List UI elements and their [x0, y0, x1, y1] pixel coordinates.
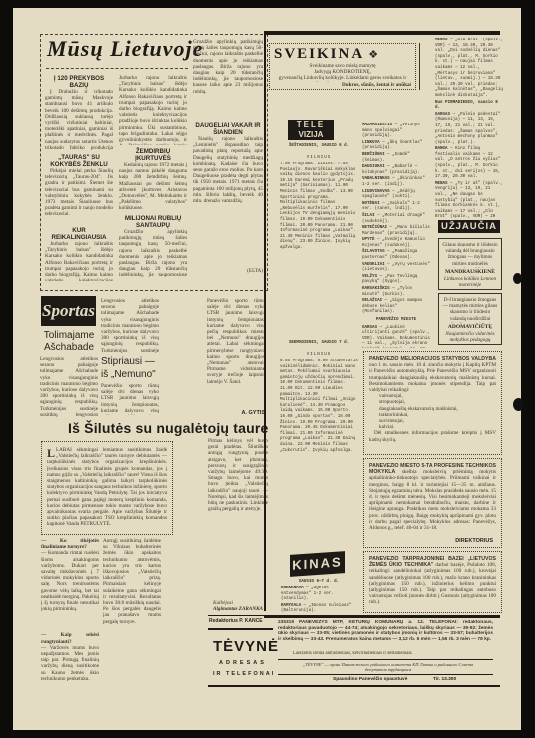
editor-label: Redaktorius [209, 618, 238, 624]
ad-body: skelbia moksleivių priėmimą mokytis apda… [369, 469, 496, 531]
cinema-town: MENAS [435, 182, 448, 186]
cinema-listing: RAMYGALA — „Imonas nuleiaus" (Balterunij… [281, 604, 359, 614]
silute-col-3: Pirmas kėlinys vėl buvo geral pradėtas. … [208, 438, 268, 598]
interview-answer: — Komanda rimtai ruošėsi šioms atsakingo… [41, 550, 99, 630]
tv-station: VILNIUS [281, 353, 357, 359]
divider [278, 674, 493, 675]
footer-circulation: Tir. 13.300 [433, 677, 456, 682]
condolence-body: D-I brangiausio žmogaus — mamytės mirtie… [442, 297, 498, 323]
ad-list: vairuotojai, stropuotojai, daugiakaušių … [379, 393, 496, 430]
cinema-film: — „Paleis pedestai" (Rumunija) — 11, 13,… [435, 113, 500, 145]
cinema-listing: LIUDVINAVAS — „Sėdėjų spaglausės" (sukti… [362, 190, 430, 201]
article-body: Panevėžio sporto rūmų salėje dvi dienas … [101, 383, 159, 415]
silute-lead: L LABAI sėkmingai lemiamus susitikimus ž… [47, 447, 167, 529]
kinas-date: SAUSIO 6—7 d. d. [281, 580, 357, 586]
article-body: Kedainių rajono 1972 metais į naujus nam… [119, 162, 187, 212]
article-heading: Stipriausi — iš „Nemuno" [101, 355, 161, 381]
ad-footer: Dėl smulkesnės informacijos prašome krei… [369, 430, 496, 442]
cinema-town: LIUDVINAVAS [362, 190, 390, 194]
cinema-listing: LINKUVA — „Ūkų šeantlas" (prasidiją). [362, 141, 430, 152]
lietuvoje-col-3: Gruzdžio apylinkių patikimųjų mūsų šalie… [193, 39, 263, 285]
editor-name: P. KANCE [239, 618, 262, 624]
cinema-town: RAMYGALA [281, 604, 301, 608]
cinema-town: GELAŽIAI [362, 299, 382, 303]
sportas-logo-text: Sportas [42, 301, 95, 320]
article-heading: Tolimajame Ašchabade [41, 330, 97, 354]
cinema-town: MAŽAMSIESTIS [362, 123, 392, 127]
top-rule [264, 31, 500, 35]
condolence-from: Linkuvos kolūkio Lennon moterinėje [442, 276, 498, 288]
article-body: Jurbarko rajono laikraštis „Tarybinis ba… [45, 241, 113, 281]
cinema-listing: VABALNINKAS — „Ūkininkas" 1-2 ser. (indi… [362, 177, 430, 188]
article-body: Šiaulių rajono laikraštis „Leninietis" i… [193, 136, 263, 266]
lietuvoje-col-2: Jurbarko rajono laikraštis „Tarybinis ba… [119, 75, 187, 285]
tv-program-day1: 7.50 Programa. Žinios. 7.55 Pusiaujo. Bu… [280, 162, 358, 340]
silute-col-1: — Ko tikėjotės finaliniame turnyre? — Ko… [41, 538, 99, 698]
cinema-town: KARSAKIŠKIS [362, 287, 390, 291]
tevyne-title: TĖVYNĖ [213, 638, 279, 655]
cinema-town: MENAS [435, 38, 448, 42]
article-body: Į Drabužiu ir trikotado gamintų mūsų Mas… [45, 89, 113, 151]
cinema-town: VABALNINKAS [362, 177, 390, 181]
ad-box: PANEVĖŽIO TARPRAJONINEI BAZEI „LIETUVOS … [363, 551, 502, 613]
footer-rule [264, 615, 500, 618]
section-title: Mūsų Lietuvoje [47, 36, 203, 62]
cinema-listing: MENAS — „Ty ir aš" (spalv., Vengrija) — … [435, 182, 505, 218]
silute-lead-box: L LABAI sėkmingai lemiamus susitikimus ž… [41, 441, 173, 535]
cinema-town: UPYTĖ [362, 238, 375, 242]
footer-rule-bottom [264, 685, 500, 687]
cinema-town: VELŽYS [362, 275, 377, 279]
cinema-listing: DAUGIUKAI — „Babarlė — kolūkynas" (prasi… [362, 165, 430, 176]
cinema-town: LINKUVA [362, 141, 380, 145]
cinema-listing: GARSAS — „Paleis pedestai" (Rumunija) — … [435, 113, 505, 147]
cinema-listing: VELŽYS — „Pas Tevlingą pavyką" (Sygos). [362, 275, 430, 286]
cinema-listing: KREKENAVA — „Ugelas entvendymas" 1-2 ser… [281, 586, 359, 603]
cinema-town: GARSAS [362, 326, 377, 330]
ad-body: nuo 1 m. sausio mėn. 10 d. siunčia mokyt… [369, 362, 496, 393]
drop-cap: L [47, 447, 55, 459]
binding-hole [513, 398, 524, 411]
tv-day-heading: ŠEŠTADIENIS, SAUSIO 6 d. [281, 144, 357, 150]
ad-content: PANEVĖŽIO MIESTO 5-TA PROFESINĖ TECHNIKO… [369, 463, 496, 535]
condolence-box: Gilaus skausmo ir liūdesio valandą dėl b… [438, 238, 502, 290]
article-body-cont: Panevėžio sporto rūmų salėje dvi dienas … [207, 298, 265, 408]
ad-content: PANEVĖŽIO MELIORACIJOS STATYBOS VALDYBA … [369, 356, 496, 452]
tv-program-day2: 8.55 Programa. 9.00 Studentaris vaikinėl… [280, 359, 358, 543]
sveikina-title: SVEIKINA [274, 46, 364, 62]
sportas-logo: Sportas [41, 296, 96, 326]
footer-schedule: Laikraštis išeina antradieniais, ketvirt… [293, 651, 493, 657]
condolence-name: MANDRAUSKIENĖ [441, 269, 499, 275]
logo-bottom: VIZIJA [288, 130, 334, 140]
article-heading: MILIJONAI RUBLIŲ SANTAUPŲ [119, 215, 187, 229]
cinema-listing: VADOKLIAI — „Vyrų vestuvės" (Lietuvos). [362, 263, 430, 274]
cinema-listing: NOTĖNAI — „Vaikalo" 1-2 ser. (sanes, lnd… [362, 202, 430, 213]
kinas-logo: KINAS [290, 551, 345, 577]
silute-headline: Iš Šilutės su nugalėtojų taure [68, 420, 273, 436]
cinema-town: GARSAS [435, 113, 450, 117]
newspaper-page: Mūsų Lietuvoje Į 120 PREKYBOS BAZIŲ Į Dr… [13, 8, 521, 730]
tv-station: VILNIUS [281, 156, 357, 162]
tevyne-line2: IR TELEFONAI [213, 671, 275, 677]
cinema-listing: MAŽAMSIESTIS — „Vėlinys mano spalvingai"… [362, 123, 430, 140]
article-heading: ŽEMDIRBIŲ ĮKURTUVĖS [119, 148, 187, 162]
ornament-icon: ❖ [368, 49, 378, 61]
interview-answer: — Varžovės mums buvo nepažįstamos. Mes j… [41, 645, 99, 693]
condolence-from: Naujamiesčio vidurinės mokyklos pedagogų… [442, 331, 498, 343]
article-heading: KUR REIKALINGIAUSIA [45, 227, 113, 241]
tevyne-line1: ADRESAS [219, 660, 267, 666]
article-body-cont: Jurbarko rajono laikraštis „Tarybinis ba… [119, 75, 187, 145]
ad-content: PANEVĖŽIO TARPRAJONINEI BAZEI „LIETUVOS … [369, 556, 496, 610]
source-note: (ELTA) [193, 268, 263, 274]
interview-question: — Ko tikėjotės finaliniame turnyre? [41, 538, 99, 550]
lietuvoje-col-1: Į 120 PREKYBOS BAZIŲ Į Drabužiu ir triko… [45, 75, 113, 285]
greeting-signature: Dukros, sūnūs, žentai ir anūkai [274, 82, 411, 88]
article-body: Lengvosios atletikos sezono pabaigoje to… [40, 356, 98, 418]
ad-box: PANEVĖŽIO MIESTO 5-TA PROFESINĖ TECHNIKO… [363, 458, 502, 548]
sveikina-title-row: SVEIKINA ❖ [274, 45, 412, 63]
article-heading: Į 120 PREKYBOS BAZIŲ [45, 75, 113, 89]
cinema-town: BERČIŪNAI [362, 153, 385, 157]
kinas-listings: KREKENAVA — „Ugelas entvendymas" 1-2 ser… [281, 586, 359, 614]
cinema-section-heading: PANEVĖŽIO MIESTE [362, 318, 430, 324]
cinema-listing: ŠILAVOTAS — „Pamažinga pasternas" (Odesa… [362, 250, 430, 261]
article-body: Pirkėjai mielai perka Šiaulių televizori… [45, 168, 113, 224]
article-heading: DAUGELIAI VAKAR IR ŠIANDIEN [193, 122, 263, 136]
divider [208, 628, 273, 630]
ad-body: darbui bazėje, Pušaloto 108, reikalingi:… [369, 562, 496, 605]
cinema-town: BANGA [435, 147, 448, 151]
cinema-listing: BERČIŪNAI — „Somdė" (šeimas). [362, 153, 430, 164]
title-underline [46, 68, 188, 71]
article-body-cont: Gruzdžio apylinkių patikimųjų mūsų šalie… [193, 39, 263, 119]
sveikina-box: SVEIKINA ❖ Sveikiname savo mielą mamytę … [269, 43, 416, 90]
footer-organ: „TĖVYNĖ" — орган Паневежского районного … [298, 662, 478, 673]
footer-address: 235319 PANEVĖŽYS MTP, KETURIŲ KOMUNARŲ a… [278, 620, 493, 652]
cinema-town: VADOKLIAI [362, 263, 385, 267]
silute-col-2: Antrąjį susitikimą žaidėme su Vilniaus b… [103, 538, 161, 698]
cinema-town: Nuo PIRMADIENIO, sausio 8 d. [435, 101, 498, 111]
uzjaucia-header: UŽJAUČIA [438, 220, 500, 233]
logo-top: TELE [288, 120, 334, 130]
cinema-listing: Nuo PIRMADIENIO, sausio 8 d. [435, 101, 505, 112]
condolence-box: D-I brangiausio žmogaus — mamytės mirtie… [438, 293, 502, 345]
article-body: Gruzdžio apylinkių patikimųjų mūsų šalie… [119, 229, 187, 279]
lead-text: LABAI sėkmingai lemiamus susitikimus žai… [47, 447, 167, 527]
cinema-town: DAUGIUKAI [362, 165, 385, 169]
cinema-listing: BANGA — Kino filmų festivalis vaikams — … [435, 147, 505, 181]
binding-hole [513, 273, 522, 284]
greeting-line: gyvenančią Linkuvlių kolūkyje. Linkėdami… [274, 75, 411, 82]
cinema-listing: ŠILAI — „Moteriai draugė" (suduksėj). [362, 214, 430, 225]
tv-day-heading: SEKMADIENIS, SAUSIO 7 d. [281, 341, 357, 347]
article-author: A. GYTIS [213, 410, 265, 416]
vertical-rule [264, 31, 266, 611]
divider [278, 659, 493, 660]
article-body-cont: Lengvosios atletikos sezono pabaigoje to… [101, 298, 159, 354]
cinema-listing: KARSAKIŠKIS — „Tylos minutė" (Gurkis). [362, 287, 430, 298]
ad-box: PANEVĖŽIO MELIORACIJOS STATYBOS VALDYBA … [363, 351, 502, 455]
interview-question: — Kaip sekėsi rungtyniauti? [41, 632, 99, 644]
footer-printer: Spausdino Panevėžio spaustuvė [333, 677, 407, 682]
cinema-listing: MENAS — „Glū Brūt" (spalv., VDR) — 13, 1… [435, 38, 505, 100]
lietuvoje-section: Mūsų Lietuvoje Į 120 PREKYBOS BAZIŲ Į Dr… [40, 34, 268, 291]
cinema-film: — Kino filmų festivalis vaikams — 12 val… [435, 147, 500, 179]
cinema-listings-cont: MENAS — „Glū Brūt" (spalv., VDR) — 13, 1… [435, 38, 505, 218]
sveikina-frame-right [419, 43, 420, 90]
article-heading: „TAURAS" SU KOKYBĖS ŽENKLU [45, 154, 113, 168]
ad-title: PANEVĖŽIO MELIORACIJOS STATYBOS VALDYBA [369, 356, 496, 362]
cinema-town: NOTĖNAI [362, 202, 380, 206]
cinema-listing: GARSAS — „Laukinė ultirijanti gunzė" (sp… [362, 326, 430, 348]
editor-line: Redaktorius P. KANCE [209, 618, 275, 624]
cinema-listing: NETEČIŪNAI — „Mano bičiulis Mardenas" (p… [362, 226, 430, 237]
ad-signature: DIREKTORIUS [455, 538, 493, 544]
cinema-town: KREKENAVA [281, 586, 304, 590]
cinema-listings: MAŽAMSIESTIS — „Vėlinys mano spalvingai"… [362, 123, 430, 348]
cinema-listing: GELAŽIAI — „Sigos mumpas debuse kelias" … [362, 299, 430, 316]
condolence-name: ADOMAVIČIŪTĘ [441, 324, 499, 330]
cinema-town: ŠILAVOTAS [362, 250, 385, 254]
cinema-film: — „Glū Brūt" (spalv., VDR) — 13, 18.30, … [435, 38, 503, 98]
cinema-listing: UPYTĖ — „Ivedėjo Kamuolio Kojenas" (sudu… [362, 238, 430, 249]
cinema-film: — „Ty ir aš" (spalv., Vengrija) — 13, 19… [435, 182, 503, 218]
cinema-town: ŠILAI [362, 214, 375, 218]
condolence-body: Gilaus skausmo ir liūdesio valandą dėl b… [442, 242, 498, 268]
cinema-town: NETEČIŪNAI [362, 226, 387, 230]
televizija-logo: TELE VIZIJA [288, 120, 334, 140]
